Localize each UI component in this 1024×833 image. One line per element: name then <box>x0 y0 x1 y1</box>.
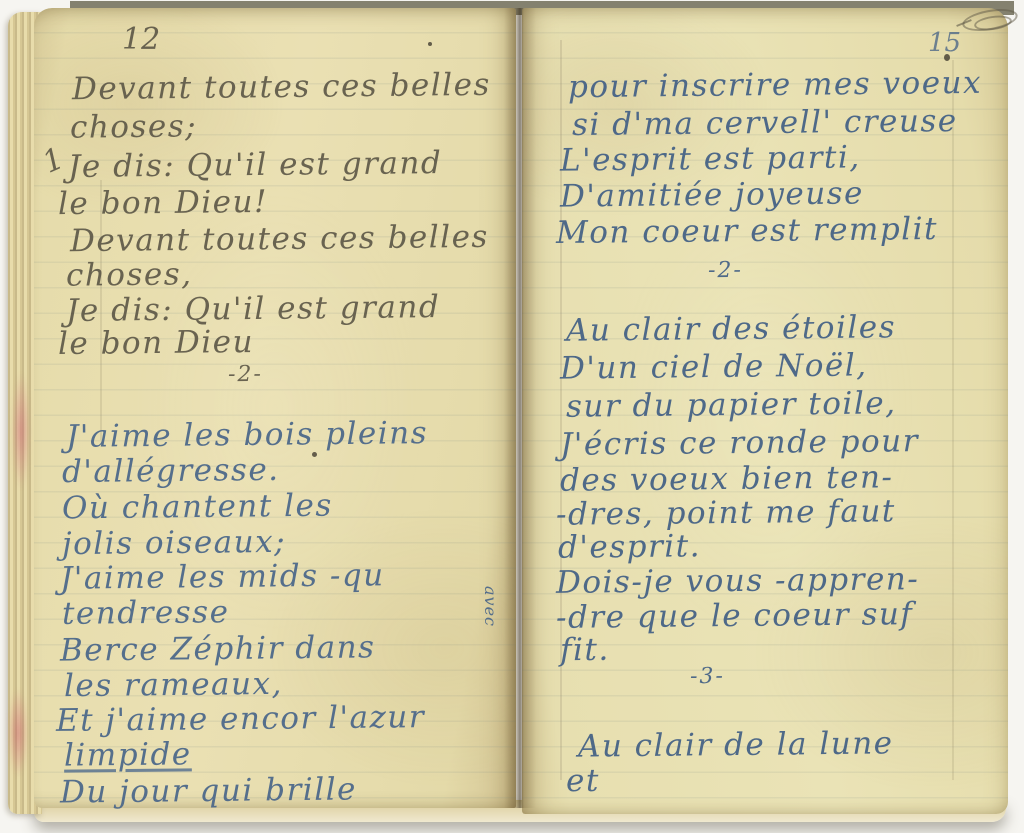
handwriting-line: Au clair de la lune <box>578 728 894 762</box>
handwriting-line: -dres, point me faut <box>556 496 896 531</box>
stanza-divider: -2- <box>228 364 263 386</box>
inserted-word: avec <box>482 586 498 627</box>
ink-speck <box>428 42 432 46</box>
handwriting-line: pour inscrire mes voeux <box>568 68 982 103</box>
handwriting-line: jolis oiseaux; <box>62 527 286 560</box>
handwriting-line: J'écris ce ronde pour <box>560 426 919 461</box>
handwriting-line: sur du papier toile, <box>566 388 897 422</box>
handwriting-line: fit. <box>560 635 610 667</box>
stanza-divider: -3- <box>690 666 725 688</box>
handwriting-line: le bon Dieu <box>58 327 254 360</box>
stanza-divider: -2- <box>708 260 743 282</box>
handwriting-line: -dre que le coeur suf <box>556 599 914 634</box>
handwriting-line: Où chantent les <box>62 491 333 525</box>
handwriting-line: les rameaux, <box>64 669 283 702</box>
handwriting-line: D'amitiée joyeuse <box>560 178 864 212</box>
handwriting-line: J'aime les mids -qu <box>60 560 385 594</box>
handwriting-line-underlined: limpide <box>64 739 192 771</box>
handwriting-line: d'allégresse. <box>62 455 280 488</box>
handwriting-line: d'esprit. <box>558 531 701 563</box>
handwriting-line: Mon coeur est remplit <box>556 214 938 249</box>
handwriting-line: choses, <box>66 259 193 291</box>
handwriting-line: J'aime les bois pleins <box>66 418 428 453</box>
scanned-notebook-spread: 12 15 1 Devant toutes ces belles choses;… <box>0 0 1024 833</box>
handwriting-line: Et j'aime encor l'azur <box>56 702 425 737</box>
handwriting-line: si d'ma cervell' creuse <box>572 106 958 141</box>
left-page-number: 12 <box>122 22 160 57</box>
handwriting-line: Berce Zéphir dans <box>60 632 376 666</box>
handwriting-line: Je dis: Qu'il est grand <box>68 148 443 183</box>
handwriting-line: tendresse <box>62 597 230 630</box>
ink-speck <box>944 54 950 61</box>
pink-smudge <box>12 372 30 490</box>
handwriting-line: Dois-je vous -appren- <box>556 564 920 599</box>
handwriting-line: Je dis: Qu'il est grand <box>66 292 441 327</box>
handwriting-line: D'un ciel de Noël, <box>560 350 868 384</box>
ink-speck <box>312 452 317 457</box>
handwriting-line: et <box>566 766 600 797</box>
handwriting-line: Du jour qui brille <box>60 774 357 808</box>
handwriting-line: Devant toutes ces belles <box>72 70 491 105</box>
handwriting-line: Au clair des étoiles <box>566 312 896 346</box>
pink-smudge <box>8 688 28 778</box>
handwriting-line: le bon Dieu! <box>58 187 268 220</box>
handwriting-line: des voeux bien ten- <box>560 462 894 496</box>
handwriting-line: L'esprit est parti, <box>560 142 861 176</box>
handwriting-line: choses; <box>70 111 197 143</box>
handwriting-line: Devant toutes ces belles <box>70 222 489 257</box>
